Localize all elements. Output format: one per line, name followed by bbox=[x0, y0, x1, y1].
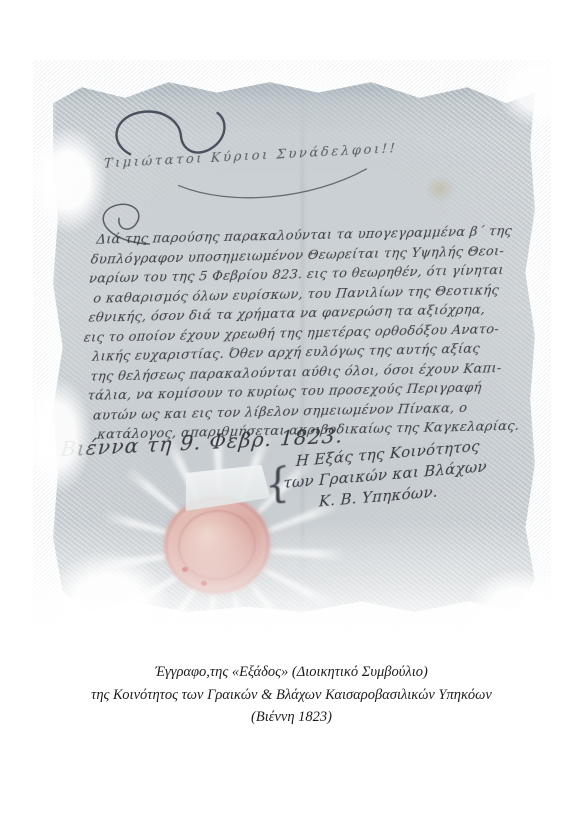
bottom-edge-fade bbox=[33, 520, 551, 656]
caption-line-2: της Κοινότητος των Γραικών & Βλάχων Καισ… bbox=[0, 684, 583, 707]
manuscript-photo: Τιμιώτατοι Κύριοι Συνάδελφοι!! Διά της π… bbox=[33, 60, 551, 656]
salutation-underline-flourish bbox=[178, 169, 366, 199]
caption-line-3: (Βιέννη 1823) bbox=[0, 706, 583, 729]
figure-caption: Έγγραφο,της «Εξάδος» (Διοικητικό Συμβούλ… bbox=[0, 661, 583, 729]
caption-line-1: Έγγραφο,της «Εξάδος» (Διοικητικό Συμβούλ… bbox=[0, 661, 583, 684]
opening-flourish bbox=[116, 110, 225, 154]
